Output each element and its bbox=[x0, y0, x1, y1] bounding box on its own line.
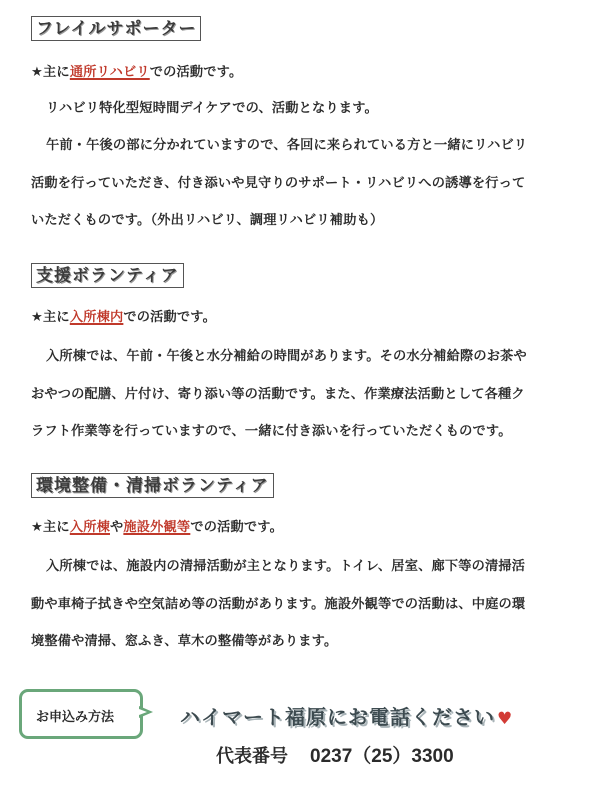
application-method-label: お申込み方法 bbox=[36, 706, 114, 725]
section-intro: ★主に通所リハビリでの活動です。 bbox=[31, 61, 242, 80]
call-message-text: ハイマート福原にお電話ください bbox=[180, 705, 495, 729]
section-title-cleaning-volunteer: 環境整備・清掃ボランティア bbox=[31, 473, 274, 498]
highlight-location: 入所棟内 bbox=[70, 310, 124, 325]
intro-suffix: での活動です。 bbox=[190, 520, 283, 535]
highlight-location: 入所棟 bbox=[70, 520, 110, 535]
body-line: 境整備や清掃、窓ふき、草木の整備等があります。 bbox=[31, 630, 337, 649]
section-title-frail-supporter: フレイルサポーター bbox=[31, 16, 201, 41]
section-title-support-volunteer: 支援ボランティア bbox=[31, 263, 184, 288]
section-intro: ★主に入所棟や施設外観等での活動です。 bbox=[31, 516, 283, 535]
body-line: 動や車椅子拭きや空気詰め等の活動があります。施設外観等での活動は、中庭の環 bbox=[31, 593, 525, 612]
intro-prefix: ★主に bbox=[31, 520, 70, 535]
body-line: 入所棟では、午前・午後と水分補給の時間があります。その水分補給際のお茶や bbox=[46, 345, 527, 364]
speech-bubble-tail-inner bbox=[139, 709, 147, 715]
call-message: ハイマート福原にお電話ください♥ bbox=[180, 701, 513, 730]
phone-line: 代表番号0237（25）3300 bbox=[216, 741, 454, 768]
body-line: ラフト作業等を行っていますので、一緒に付き添いを行っていただくものです。 bbox=[31, 420, 512, 439]
body-line: リハビリ特化型短時間デイケアでの、活動となります。 bbox=[46, 97, 378, 116]
heart-icon: ♥ bbox=[497, 709, 513, 729]
section-intro: ★主に入所棟内での活動です。 bbox=[31, 306, 216, 325]
body-line: 入所棟では、施設内の清掃活動が主となります。トイレ、居室、廊下等の清掃活 bbox=[46, 555, 525, 574]
intro-suffix: での活動です。 bbox=[150, 65, 243, 80]
body-line: いただくものです。（外出リハビリ、調理リハビリ補助も） bbox=[31, 209, 383, 228]
body-line: おやつの配膳、片付け、寄り添い等の活動です。また、作業療法活動として各種ク bbox=[31, 383, 525, 402]
speech-bubble: お申込み方法 bbox=[19, 689, 143, 739]
intro-prefix: ★主に bbox=[31, 65, 70, 80]
phone-label: 代表番号 bbox=[216, 746, 288, 767]
highlight-location: 通所リハビリ bbox=[70, 65, 150, 80]
intro-prefix: ★主に bbox=[31, 310, 70, 325]
intro-suffix: での活動です。 bbox=[123, 310, 216, 325]
body-line: 午前・午後の部に分かれていますので、各回に来られている方と一緒にリハビリ bbox=[46, 134, 527, 153]
highlight-location-2: 施設外観等 bbox=[123, 520, 190, 535]
body-line: 活動を行っていただき、付き添いや見守りのサポート・リハビリへの誘導を行って bbox=[31, 172, 525, 191]
intro-middle: や bbox=[110, 520, 123, 535]
phone-number[interactable]: 0237（25）3300 bbox=[310, 746, 454, 767]
